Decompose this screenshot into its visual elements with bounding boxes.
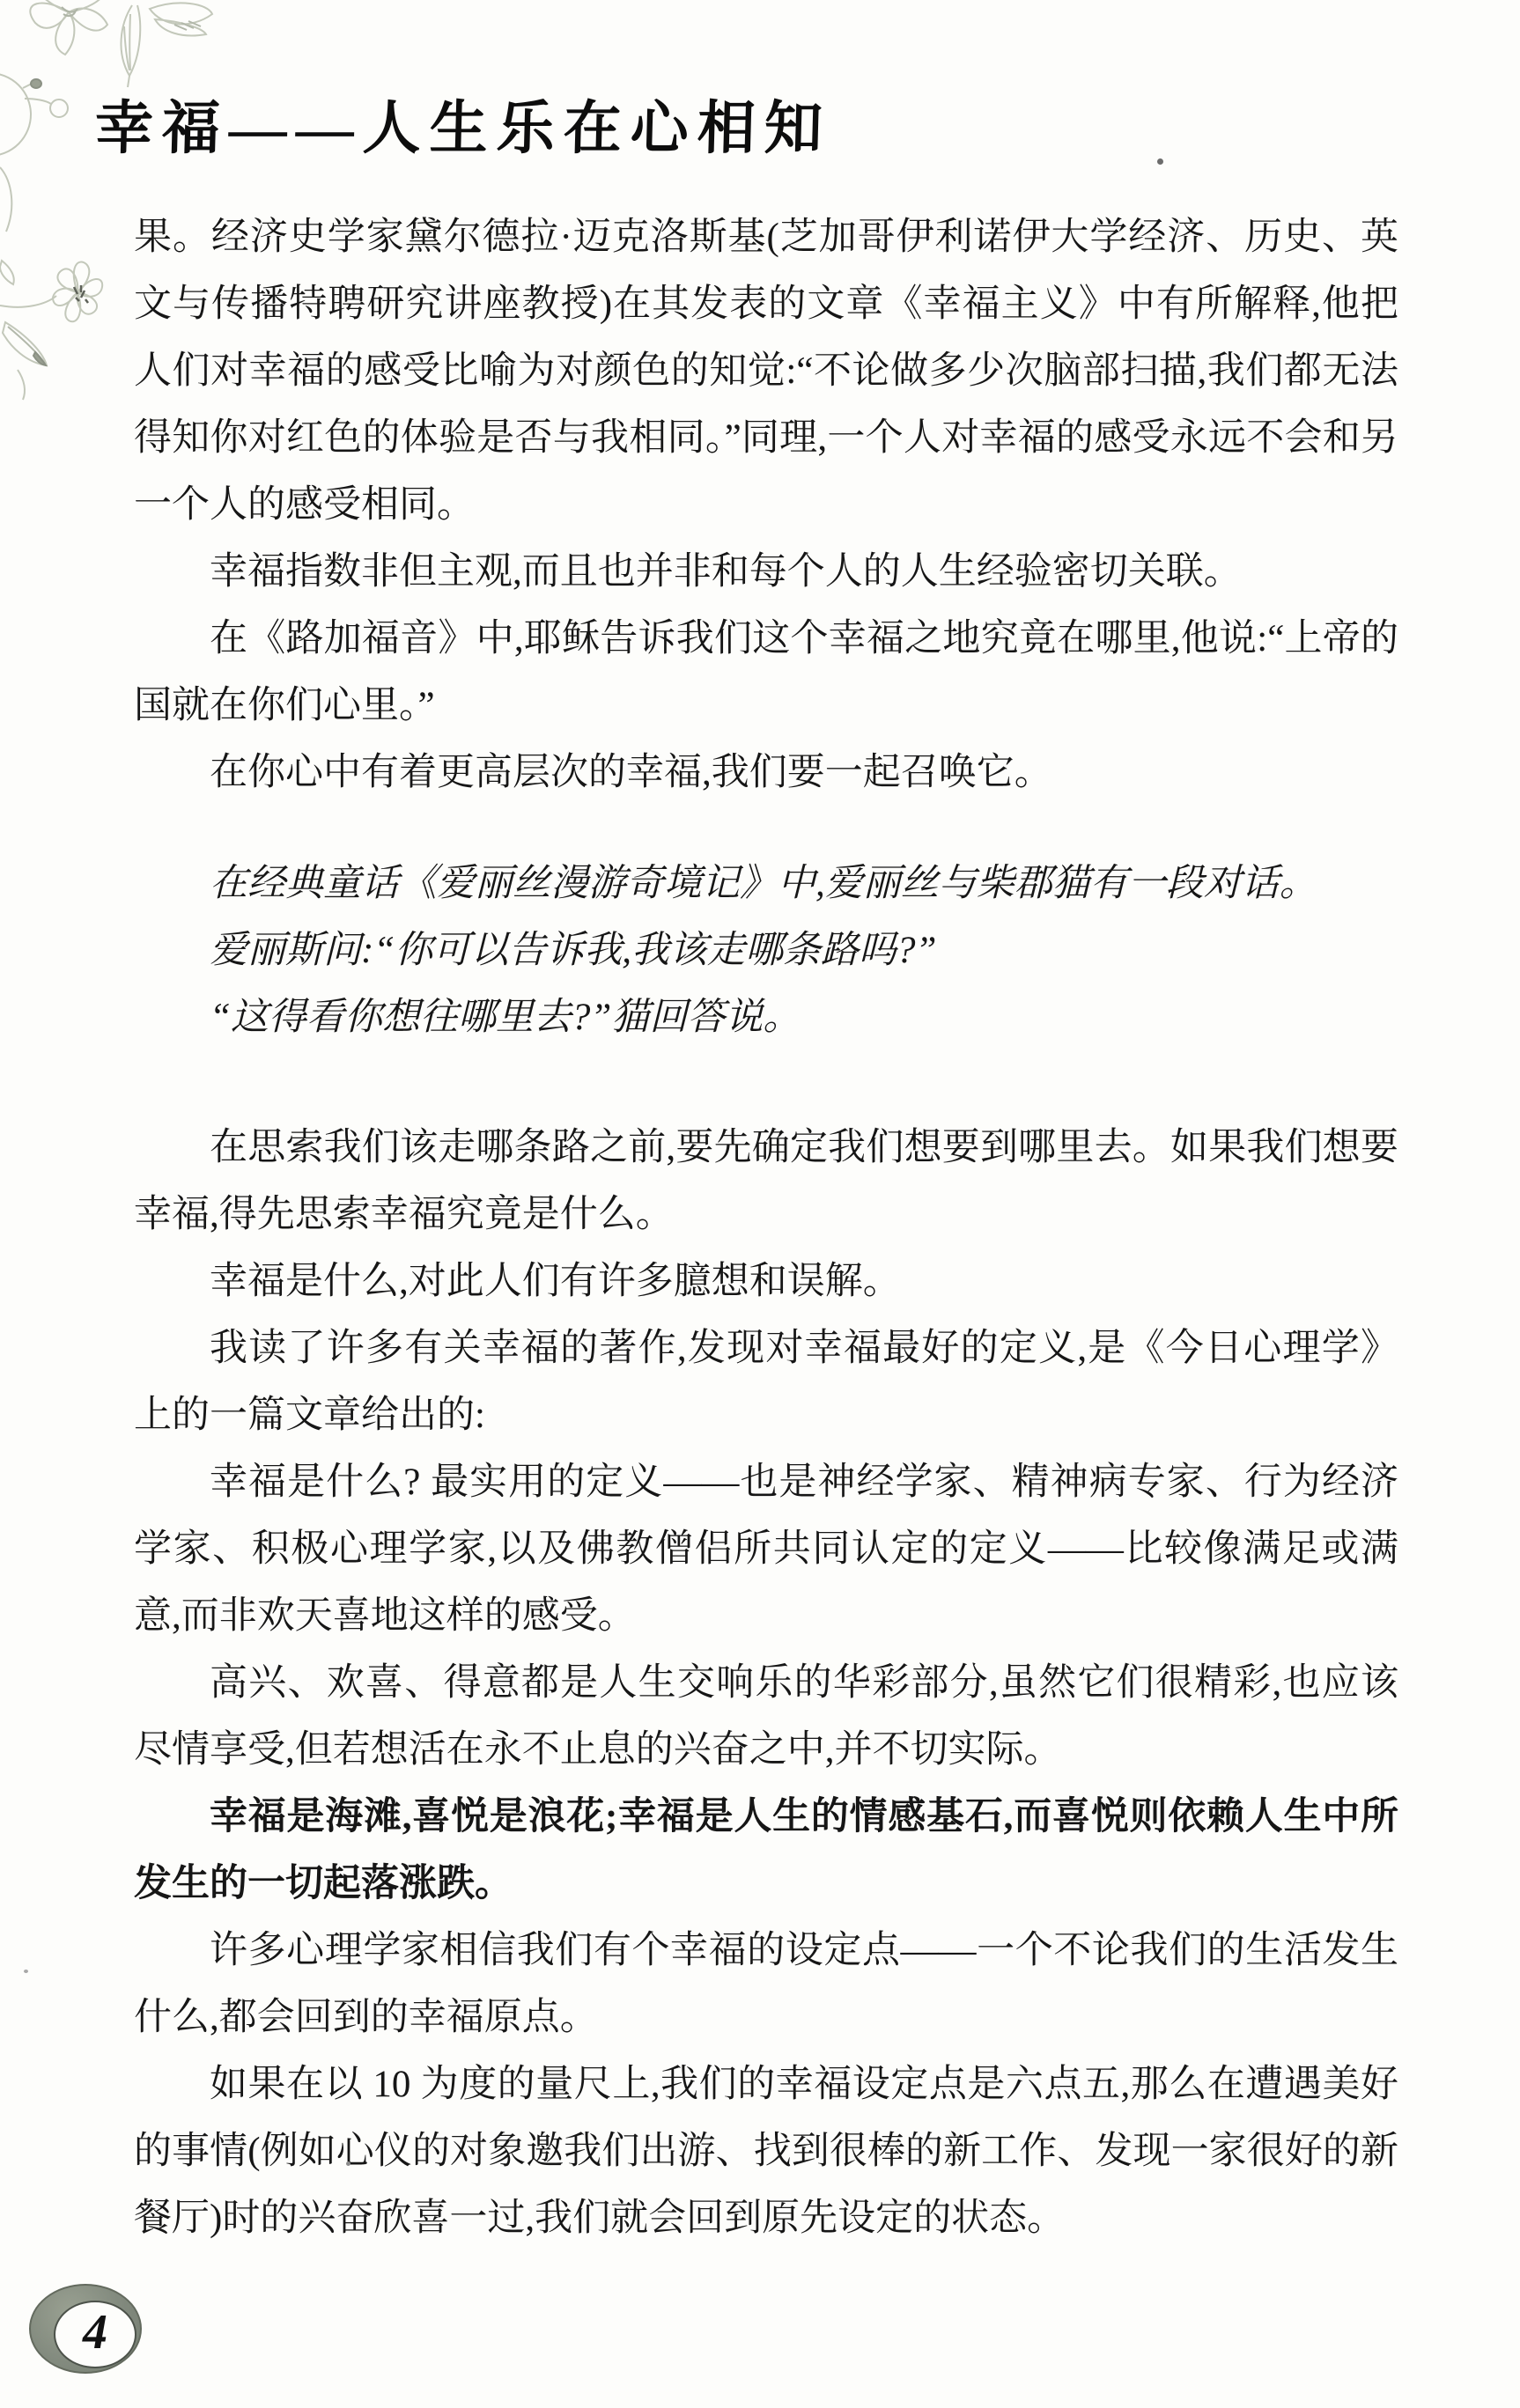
scan-speck	[1157, 158, 1163, 165]
book-page: { "page": { "title": "幸福——人生乐在心相知", "pag…	[0, 0, 1520, 2408]
paragraph: 许多心理学家相信我们有个幸福的设定点——一个不论我们的生活发生什么,都会回到的幸…	[134, 1918, 1398, 2051]
page-number-badge: 4	[29, 2284, 142, 2374]
quote-paragraph: 在经典童话《爱丽丝漫游奇境记》中,爱丽丝与柴郡猫有一段对话。	[134, 851, 1398, 917]
body-text: 果。经济史学家黛尔德拉·迈克洛斯基(芝加哥伊利诺伊大学经济、历史、英文与传播特聘…	[134, 204, 1398, 2252]
paragraph: 如果在以 10 为度的量尺上,我们的幸福设定点是六点五,那么在遭遇美好的事情(例…	[134, 2051, 1398, 2252]
paragraph: 在思索我们该走哪条路之前,要先确定我们想要到哪里去。如果我们想要幸福,得先思索幸…	[134, 1115, 1398, 1248]
paragraph: 在你心中有着更高层次的幸福,我们要一起召唤它。	[134, 740, 1398, 806]
paragraph: 幸福是什么,对此人们有许多臆想和误解。	[134, 1248, 1398, 1315]
paragraph: 在《路加福音》中,耶稣告诉我们这个幸福之地究竟在哪里,他说:“上帝的国就在你们心…	[134, 606, 1398, 740]
paragraph: 果。经济史学家黛尔德拉·迈克洛斯基(芝加哥伊利诺伊大学经济、历史、英文与传播特聘…	[134, 204, 1398, 539]
scan-speck	[24, 1970, 28, 1973]
paragraph: 幸福指数非但主观,而且也并非和每个人的人生经验密切关联。	[134, 539, 1398, 606]
quote-paragraph: 爱丽斯问:“你可以告诉我,我该走哪条路吗?”	[134, 917, 1398, 984]
page-number: 4	[54, 2298, 137, 2366]
chapter-title: 幸福——人生乐在心相知	[94, 81, 832, 165]
quote-paragraph: “这得看你想往哪里去?”猫回答说。	[134, 984, 1398, 1051]
scan-speck	[346, 2161, 350, 2166]
paragraph: 我读了许多有关幸福的著作,发现对幸福最好的定义,是《今日心理学》上的一篇文章给出…	[134, 1315, 1398, 1449]
paragraph: 高兴、欢喜、得意都是人生交响乐的华彩部分,虽然它们很精彩,也应该尽情享受,但若想…	[134, 1650, 1398, 1784]
paragraph: 幸福是什么? 最实用的定义——也是神经学家、精神病专家、行为经济学家、积极心理学…	[134, 1449, 1398, 1650]
emphasis-paragraph: 幸福是海滩,喜悦是浪花;幸福是人生的情感基石,而喜悦则依赖人生中所发生的一切起落…	[134, 1784, 1398, 1918]
